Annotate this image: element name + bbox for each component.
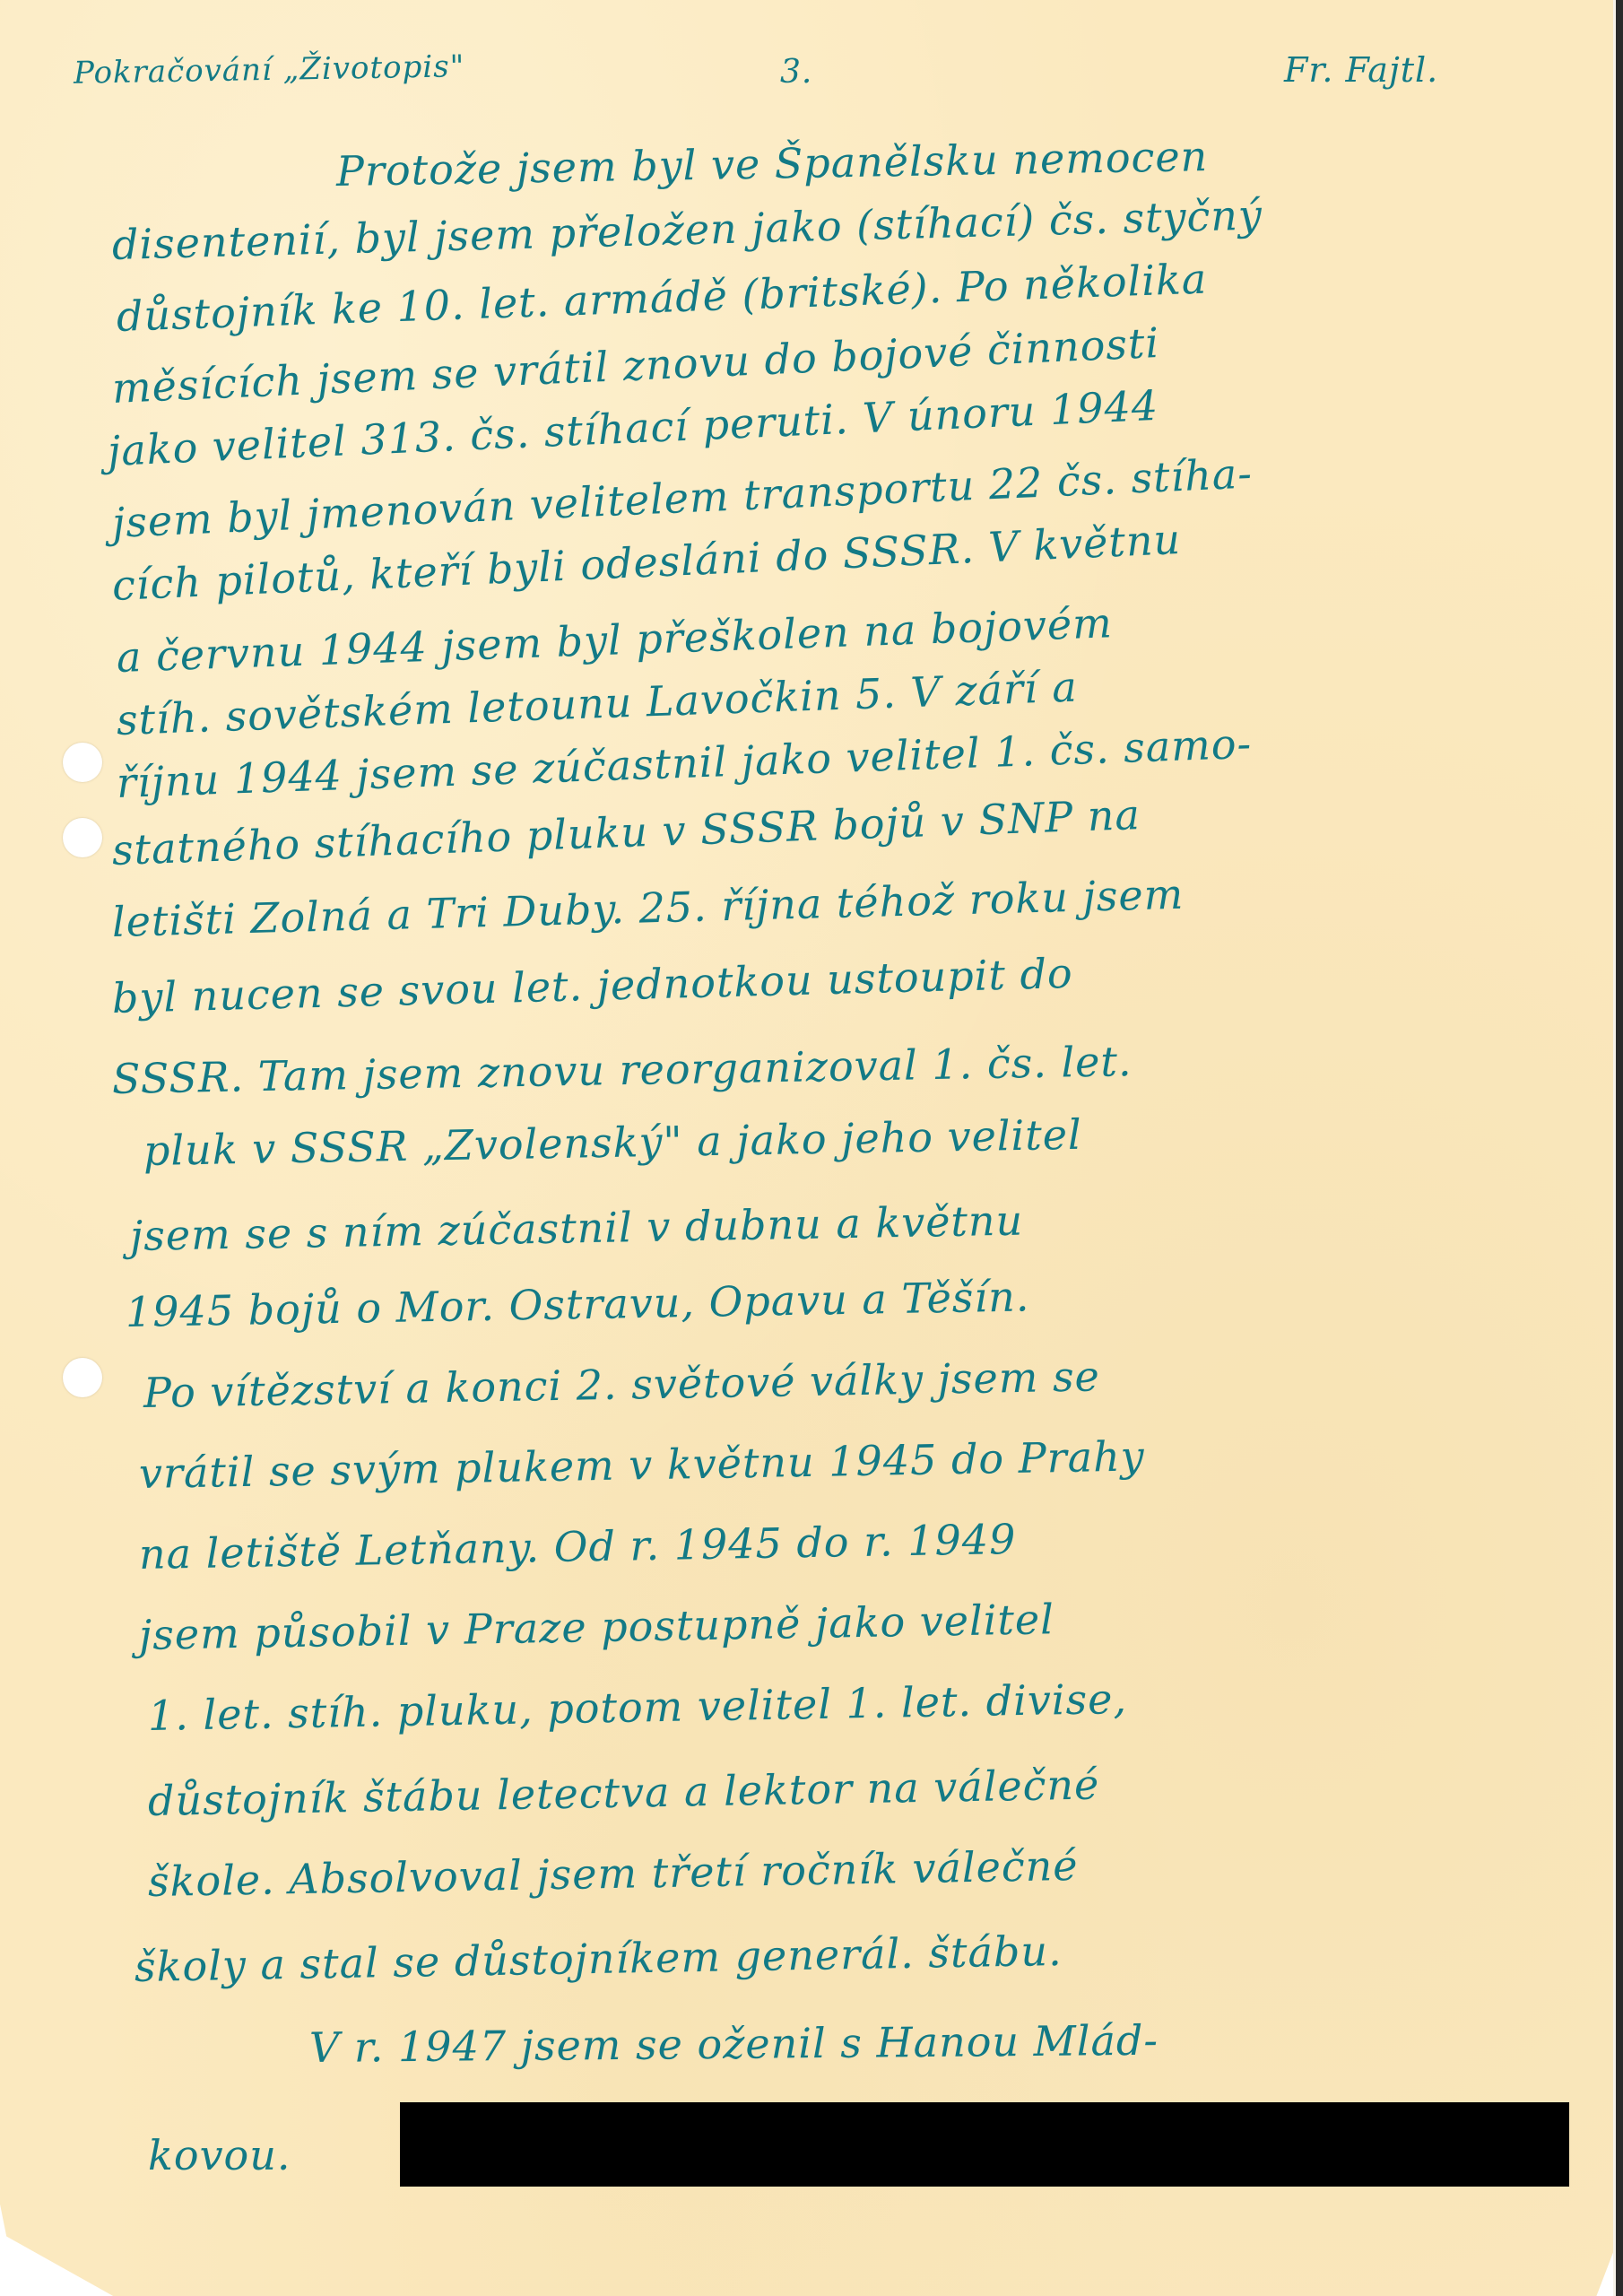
text-line: Po vítězství a konci 2. světové války js… — [143, 1355, 1101, 1413]
text-line: byl nucen se svou let. jednotkou ustoupi… — [111, 952, 1073, 1019]
text-line: 1. let. stíh. pluku, potom velitel 1. le… — [148, 1678, 1128, 1736]
text-line: jsem se s ním zúčastnil v dubnu a květnu — [130, 1200, 1024, 1257]
text-line: na letiště Letňany. Od r. 1945 do r. 194… — [139, 1518, 1017, 1575]
text-line: V r. 1947 jsem se oženil s Hanou Mlád- — [309, 2020, 1159, 2068]
page-header: Pokračování „Životopis" 3. Fr. Fajtl. — [0, 0, 1616, 108]
page-number: 3. — [780, 54, 812, 91]
text-line: vrátil se svým plukem v květnu 1945 do P… — [139, 1435, 1145, 1494]
author-name: Fr. Fajtl. — [1284, 50, 1438, 90]
punch-hole-1 — [63, 743, 102, 782]
punch-hole-2 — [63, 818, 102, 857]
redacted-block — [400, 2102, 1569, 2187]
text-line: pluk v SSSR „Zvolenský" a jako jeho veli… — [143, 1114, 1082, 1171]
text-line: Protože jsem byl ve Španělsku nemocen — [336, 135, 1209, 192]
text-line: jsem působil v Praze postupně jako velit… — [139, 1598, 1055, 1656]
text-line: škole. Absolvoval jsem třetí ročník vále… — [148, 1845, 1079, 1902]
text-line: letišti Zolná a Tri Duby. 25. října tého… — [111, 874, 1184, 943]
text-line: disentenií, byl jsem přeložen jako (stíh… — [111, 194, 1263, 265]
punch-hole-3 — [63, 1358, 102, 1397]
text-line: SSSR. Tam jsem znovu reorganizoval 1. čs… — [112, 1040, 1133, 1100]
text-line: statného stíhacího pluku v SSSR bojů v S… — [111, 794, 1141, 871]
text-line: kovou. — [148, 2135, 291, 2176]
document-page: Pokračování „Životopis" 3. Fr. Fajtl. Pr… — [0, 0, 1616, 2296]
text-line: školy a stal se důstojníkem generál. štá… — [135, 1930, 1063, 1987]
text-line: důstojník štábu letectva a lektor na vál… — [148, 1763, 1100, 1822]
scan-edge-border — [1616, 0, 1623, 2296]
text-line: 1945 bojů o Mor. Ostravu, Opavu a Těšín. — [126, 1275, 1030, 1333]
header-continuation-title: Pokračování „Životopis" — [74, 48, 465, 91]
